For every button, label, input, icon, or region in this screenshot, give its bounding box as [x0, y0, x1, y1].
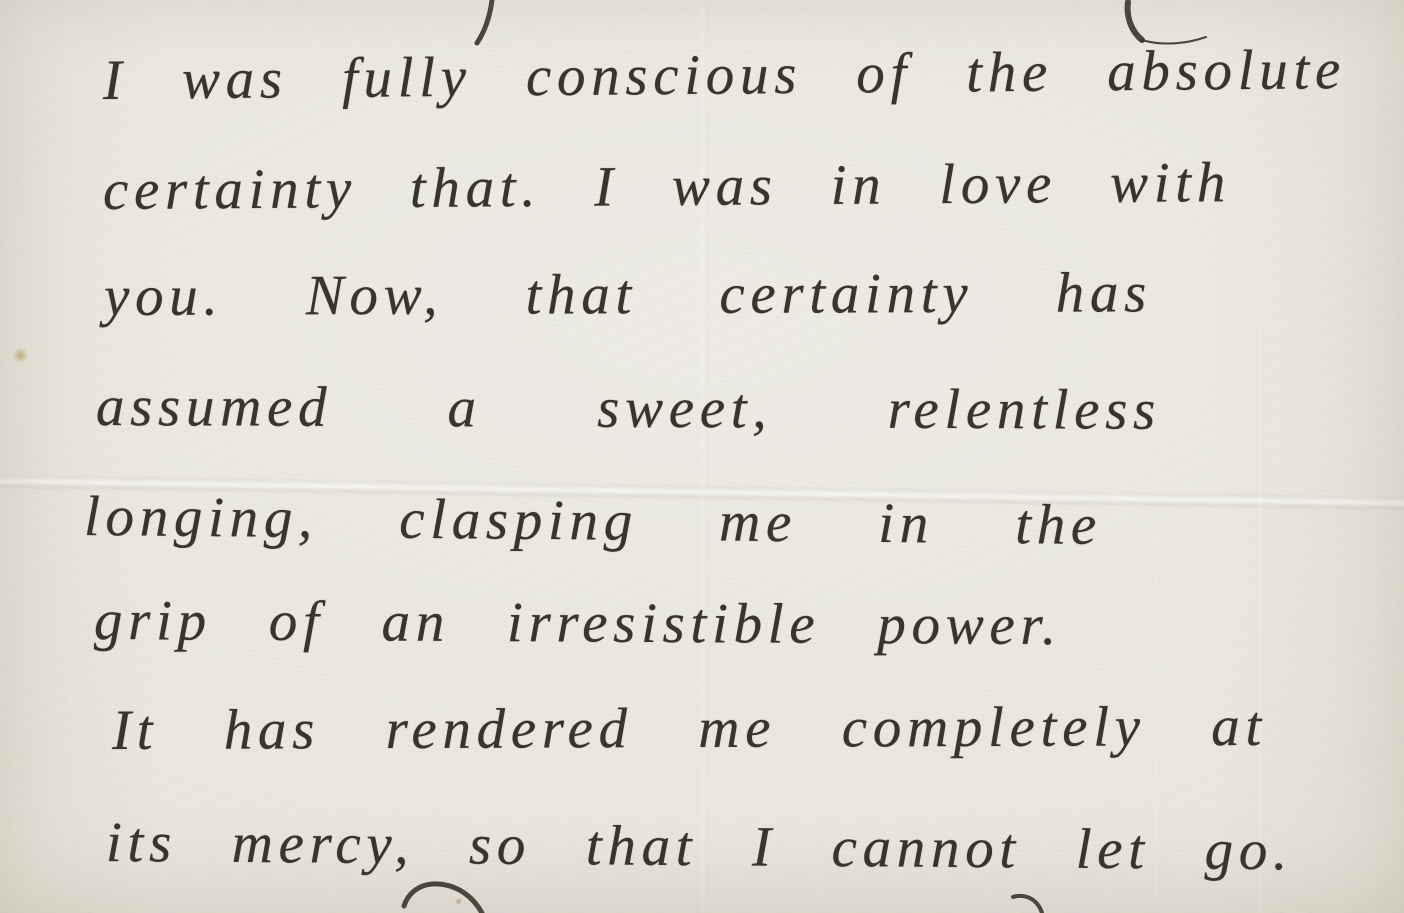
vertical-crease — [700, 0, 708, 913]
stray-ink-strokes — [0, 0, 1404, 913]
handwritten-line-3: you. Now, that certainty has — [104, 260, 1152, 329]
letter-scan: I was fully conscious of the absolute ce… — [0, 0, 1404, 913]
handwritten-line-1: I was fully conscious of the absolute — [103, 37, 1347, 113]
partial-stroke-top-left — [477, 0, 492, 43]
paper-stain — [12, 348, 29, 363]
partial-stroke-top-right — [1128, 2, 1142, 40]
handwritten-line-5: longing, clasping me in the — [84, 484, 1103, 558]
handwritten-line-8: its mercy, so that I cannot let go. — [106, 810, 1293, 884]
handwritten-line-4: assumed a sweet, relentless — [96, 374, 1161, 443]
paper-vignette — [0, 0, 1404, 913]
partial-stroke-bottom-right — [1013, 896, 1042, 913]
handwritten-line-7: It has rendered me completely at — [112, 694, 1267, 764]
handwritten-line-2: certainty that. I was in love with — [103, 150, 1231, 223]
handwritten-line-6: grip of an irresistible power. — [94, 588, 1062, 659]
paper-speck — [455, 898, 462, 905]
partial-stroke-bottom-left — [404, 884, 482, 913]
